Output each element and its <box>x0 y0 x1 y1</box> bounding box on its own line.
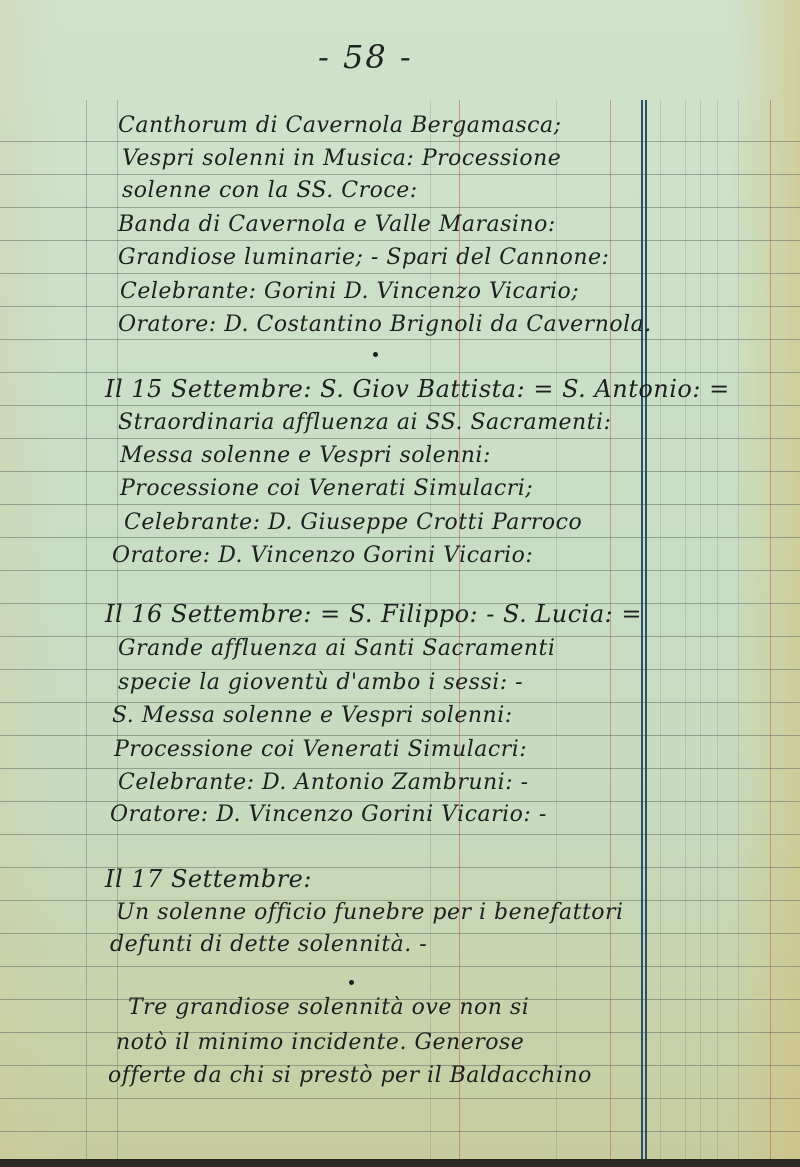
section-separator-dot <box>349 980 354 985</box>
text-line: Tre grandiose solennità ove non si <box>128 995 529 1020</box>
text-line: Oratore: D. Vincenzo Gorini Vicario: - <box>110 802 547 827</box>
text-line: offerte da chi si prestò per il Baldacch… <box>108 1063 592 1088</box>
entry-heading-16-settembre: Il 16 Settembre: = S. Filippo: - S. Luci… <box>105 600 642 628</box>
text-line: Messa solenne e Vespri solenni: <box>120 443 491 468</box>
text-line: defunti di dette solennità. - <box>110 932 427 957</box>
text-line: Oratore: D. Vincenzo Gorini Vicario: <box>112 543 533 568</box>
column-rule <box>660 100 661 1167</box>
text-line: Grande affluenza ai Santi Sacramenti <box>118 636 555 661</box>
left-margin-rule <box>86 100 87 1167</box>
text-line: Celebrante: Gorini D. Vincenzo Vicario; <box>120 279 579 304</box>
double-margin-rule-right <box>645 100 647 1167</box>
red-column-rule <box>770 100 771 1167</box>
text-line: notò il minimo incidente. Generose <box>116 1030 524 1055</box>
text-line: Processione coi Venerati Simulacri; <box>120 476 533 501</box>
text-line: Grandiose luminarie; - Spari del Cannone… <box>118 245 609 270</box>
column-rule <box>738 100 739 1167</box>
red-column-rule <box>610 100 611 1167</box>
entry-heading-17-settembre: Il 17 Settembre: <box>105 865 312 893</box>
text-line: Banda di Cavernola e Valle Marasino: <box>118 212 556 237</box>
text-line: solenne con la SS. Croce: <box>122 178 418 203</box>
text-line: Vespri solenni in Musica: Processione <box>122 146 561 171</box>
register-page: - 58 - Canthorum di Cavernola Bergamasca… <box>0 0 800 1167</box>
entry-heading-15-settembre: Il 15 Settembre: S. Giov Battista: = S. … <box>105 375 730 403</box>
text-line: Straordinaria affluenza ai SS. Sacrament… <box>118 410 611 435</box>
page-number: - 58 - <box>318 38 413 76</box>
text-line: Oratore: D. Costantino Brignoli da Caver… <box>118 312 652 337</box>
section-separator-dot <box>373 352 378 357</box>
column-rule <box>700 100 701 1167</box>
double-margin-rule-left <box>641 100 643 1167</box>
column-rule <box>717 100 718 1167</box>
page-bottom-edge <box>0 1159 800 1167</box>
text-line: specie la gioventù d'ambo i sessi: - <box>118 670 523 695</box>
text-line: Celebrante: D. Giuseppe Crotti Parroco <box>124 510 582 535</box>
text-line: Canthorum di Cavernola Bergamasca; <box>118 113 562 138</box>
text-line: Celebrante: D. Antonio Zambruni: - <box>118 770 529 795</box>
text-line: Processione coi Venerati Simulacri: <box>114 737 527 762</box>
text-line: S. Messa solenne e Vespri solenni: <box>112 703 513 728</box>
text-line: Un solenne officio funebre per i benefat… <box>116 900 624 925</box>
column-rule <box>685 100 686 1167</box>
